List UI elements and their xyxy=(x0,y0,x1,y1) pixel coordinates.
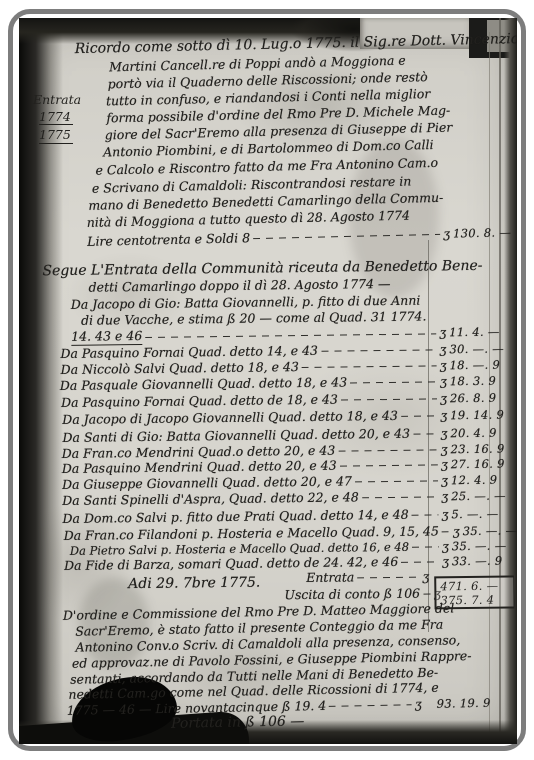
row-amount: 35. —. — xyxy=(463,525,517,537)
leader-line xyxy=(412,542,439,552)
row-text: Lire centotrenta e Soldi 8 xyxy=(87,232,250,248)
ledger-row: Da Fide di Barza, somari Quad. detto de … xyxy=(64,555,510,573)
ditto-mark: ʒ xyxy=(440,375,450,387)
row-text: 14. 43 e 46 xyxy=(71,330,142,345)
ditto-mark: ʒ xyxy=(441,458,451,470)
leader-line xyxy=(338,445,438,456)
ledger-row: Da Santi Spinelli d'Aspra, Quad. detto 2… xyxy=(62,490,509,508)
row-text: Da Santi Spinelli d'Aspra, Quad. detto 2… xyxy=(62,491,359,507)
leader-line xyxy=(362,492,439,503)
margin-year: 1774 xyxy=(39,111,73,126)
leader-line xyxy=(350,377,437,388)
footer-line: Portata in ß 106 — xyxy=(171,714,305,731)
manuscript-line: nità di Moggiona a tutto questo dì 28. A… xyxy=(87,210,411,230)
entrata-total: 471. 6. — xyxy=(440,580,512,592)
ditto-mark: ʒ xyxy=(442,555,452,567)
ditto-mark: ʒ xyxy=(442,508,452,520)
row-amount: 33. —. 9 xyxy=(452,556,510,568)
row-amount: 130. 8. — xyxy=(453,227,511,240)
manuscript-line: Segue L'Entrata della Communità riceuta … xyxy=(42,259,482,278)
ditto-mark: ʒ xyxy=(439,326,449,338)
leader-line xyxy=(401,557,439,567)
row-text: Da Niccolò Salvi Quad. detto 18, e 43 xyxy=(61,361,299,376)
ditto-mark: ʒ xyxy=(440,359,450,371)
row-text: Da Pasquale Giovannelli Quad. detto 18, … xyxy=(60,376,347,392)
ditto-mark: ʒ xyxy=(453,525,463,537)
ditto-mark: ʒ xyxy=(441,427,451,439)
manuscript-line: di due Vacche, e stima ß 20 — come al Qu… xyxy=(81,311,427,328)
leader-line xyxy=(341,394,437,405)
row-amount: 30. —. — xyxy=(449,344,507,356)
totals-uscita-row: Uscita di conto ß 106 ʒ xyxy=(284,587,432,601)
row-amount: 25. —. — xyxy=(451,491,509,503)
totals-date: Adi 29. 7bre 1775. xyxy=(128,576,260,592)
totals-entrata-row: Entrata ʒ xyxy=(306,570,432,584)
ditto-mark: ʒ xyxy=(440,392,450,404)
handwriting-layer: Entrata 1774 1775 Ricordo come sotto dì … xyxy=(19,18,517,744)
leader-line xyxy=(329,699,412,711)
leader-line xyxy=(423,589,431,599)
closing-paragraph: D'ordine e Commissione del Rmo Pre D. Ma… xyxy=(19,18,505,19)
closing-balance-amount: 93. 19. 9 xyxy=(437,698,491,711)
row-amount: 26. 8. 9 xyxy=(450,393,508,405)
ledger-row: Lire centotrenta e Soldi 8 ʒ 130. 8. — xyxy=(87,226,511,248)
row-amount: 5. —. — xyxy=(451,509,509,521)
row-amount: 23. 16. 9 xyxy=(451,444,509,456)
ditto-mark: ʒ xyxy=(442,540,452,552)
row-amount: 18. 3. 9 xyxy=(450,376,508,388)
row-text: Entrata xyxy=(306,571,354,584)
ledger-row: Da Pasquale Giovannelli Quad. detto 18, … xyxy=(60,375,508,393)
row-text: Da Pasquino Fornai Quad. detto de 18, e … xyxy=(61,394,338,410)
ditto-mark: ʒ xyxy=(440,409,450,421)
ditto-mark: ʒ xyxy=(415,698,425,710)
ledger-row: Da Dom.co Salvi p. fitto due Prati Quad.… xyxy=(62,508,509,526)
ledger-row: Da Jacopo di Jacopo Giovannelli Quad. de… xyxy=(62,409,508,427)
leader-line xyxy=(355,476,438,487)
margin-note: Entrata 1774 1775 xyxy=(33,94,81,144)
entries-section: Segue L'Entrata della Communità riceuta … xyxy=(19,18,513,19)
leader-line xyxy=(253,229,440,243)
manuscript-scan: Entrata 1774 1775 Ricordo come sotto dì … xyxy=(19,18,517,744)
row-text: Uscita di conto ß 106 xyxy=(284,588,420,602)
leader-line xyxy=(145,329,436,343)
leader-line xyxy=(442,526,450,536)
row-text: Da Dom.co Salvi p. fitto due Prati Quad.… xyxy=(62,509,408,526)
margin-year: 1775 xyxy=(39,129,73,144)
row-amount: 20. 4. 9 xyxy=(450,428,508,440)
row-amount: 11. 4. — xyxy=(449,327,507,339)
leader-line xyxy=(340,460,439,471)
row-amount: 19. 14. 9 xyxy=(450,410,508,422)
row-text: Da Pasquino Mendrini Quad. detto 20, e 4… xyxy=(62,460,337,476)
ditto-mark: ʒ xyxy=(441,490,451,502)
ditto-mark: ʒ xyxy=(440,343,450,355)
row-text: Da Jacopo di Jacopo Giovannelli Quad. de… xyxy=(62,410,398,427)
row-amount: 12. 4. 9 xyxy=(451,475,509,487)
leader-line xyxy=(401,411,438,421)
leader-line xyxy=(413,429,438,439)
screenshot: Entrata 1774 1775 Ricordo come sotto dì … xyxy=(0,0,534,760)
row-amount: 27. 16. 9 xyxy=(451,459,509,471)
row-amount: 35. —. — xyxy=(452,541,510,553)
margin-label: Entrata xyxy=(33,92,81,107)
ditto-mark: ʒ xyxy=(441,443,451,455)
leader-line xyxy=(412,510,439,520)
manuscript-line: Ricordo come sotto dì 10. Lug.o 1775. il… xyxy=(75,32,517,56)
ditto-mark: ʒ xyxy=(443,228,453,240)
row-text: Da Pasquino Fornai Quad. detto 14, e 43 xyxy=(60,345,318,361)
manuscript-line: detti Camarlingo doppo il dì 28. Agosto … xyxy=(89,278,391,294)
leader-line xyxy=(302,361,437,373)
row-amount: 18. —. 9 xyxy=(450,360,508,372)
leader-line xyxy=(357,572,419,583)
opening-paragraph: Ricordo come sotto dì 10. Lug.o 1775. il… xyxy=(19,18,516,19)
ditto-mark: ʒ xyxy=(422,570,432,582)
leader-line xyxy=(321,345,437,356)
row-text: Da Santi di Gio: Batta Giovannelli Quad.… xyxy=(62,428,410,445)
ledger-row: Da Pasquino Fornai Quad. detto de 18, e … xyxy=(61,392,508,410)
ditto-mark: ʒ xyxy=(441,474,451,486)
